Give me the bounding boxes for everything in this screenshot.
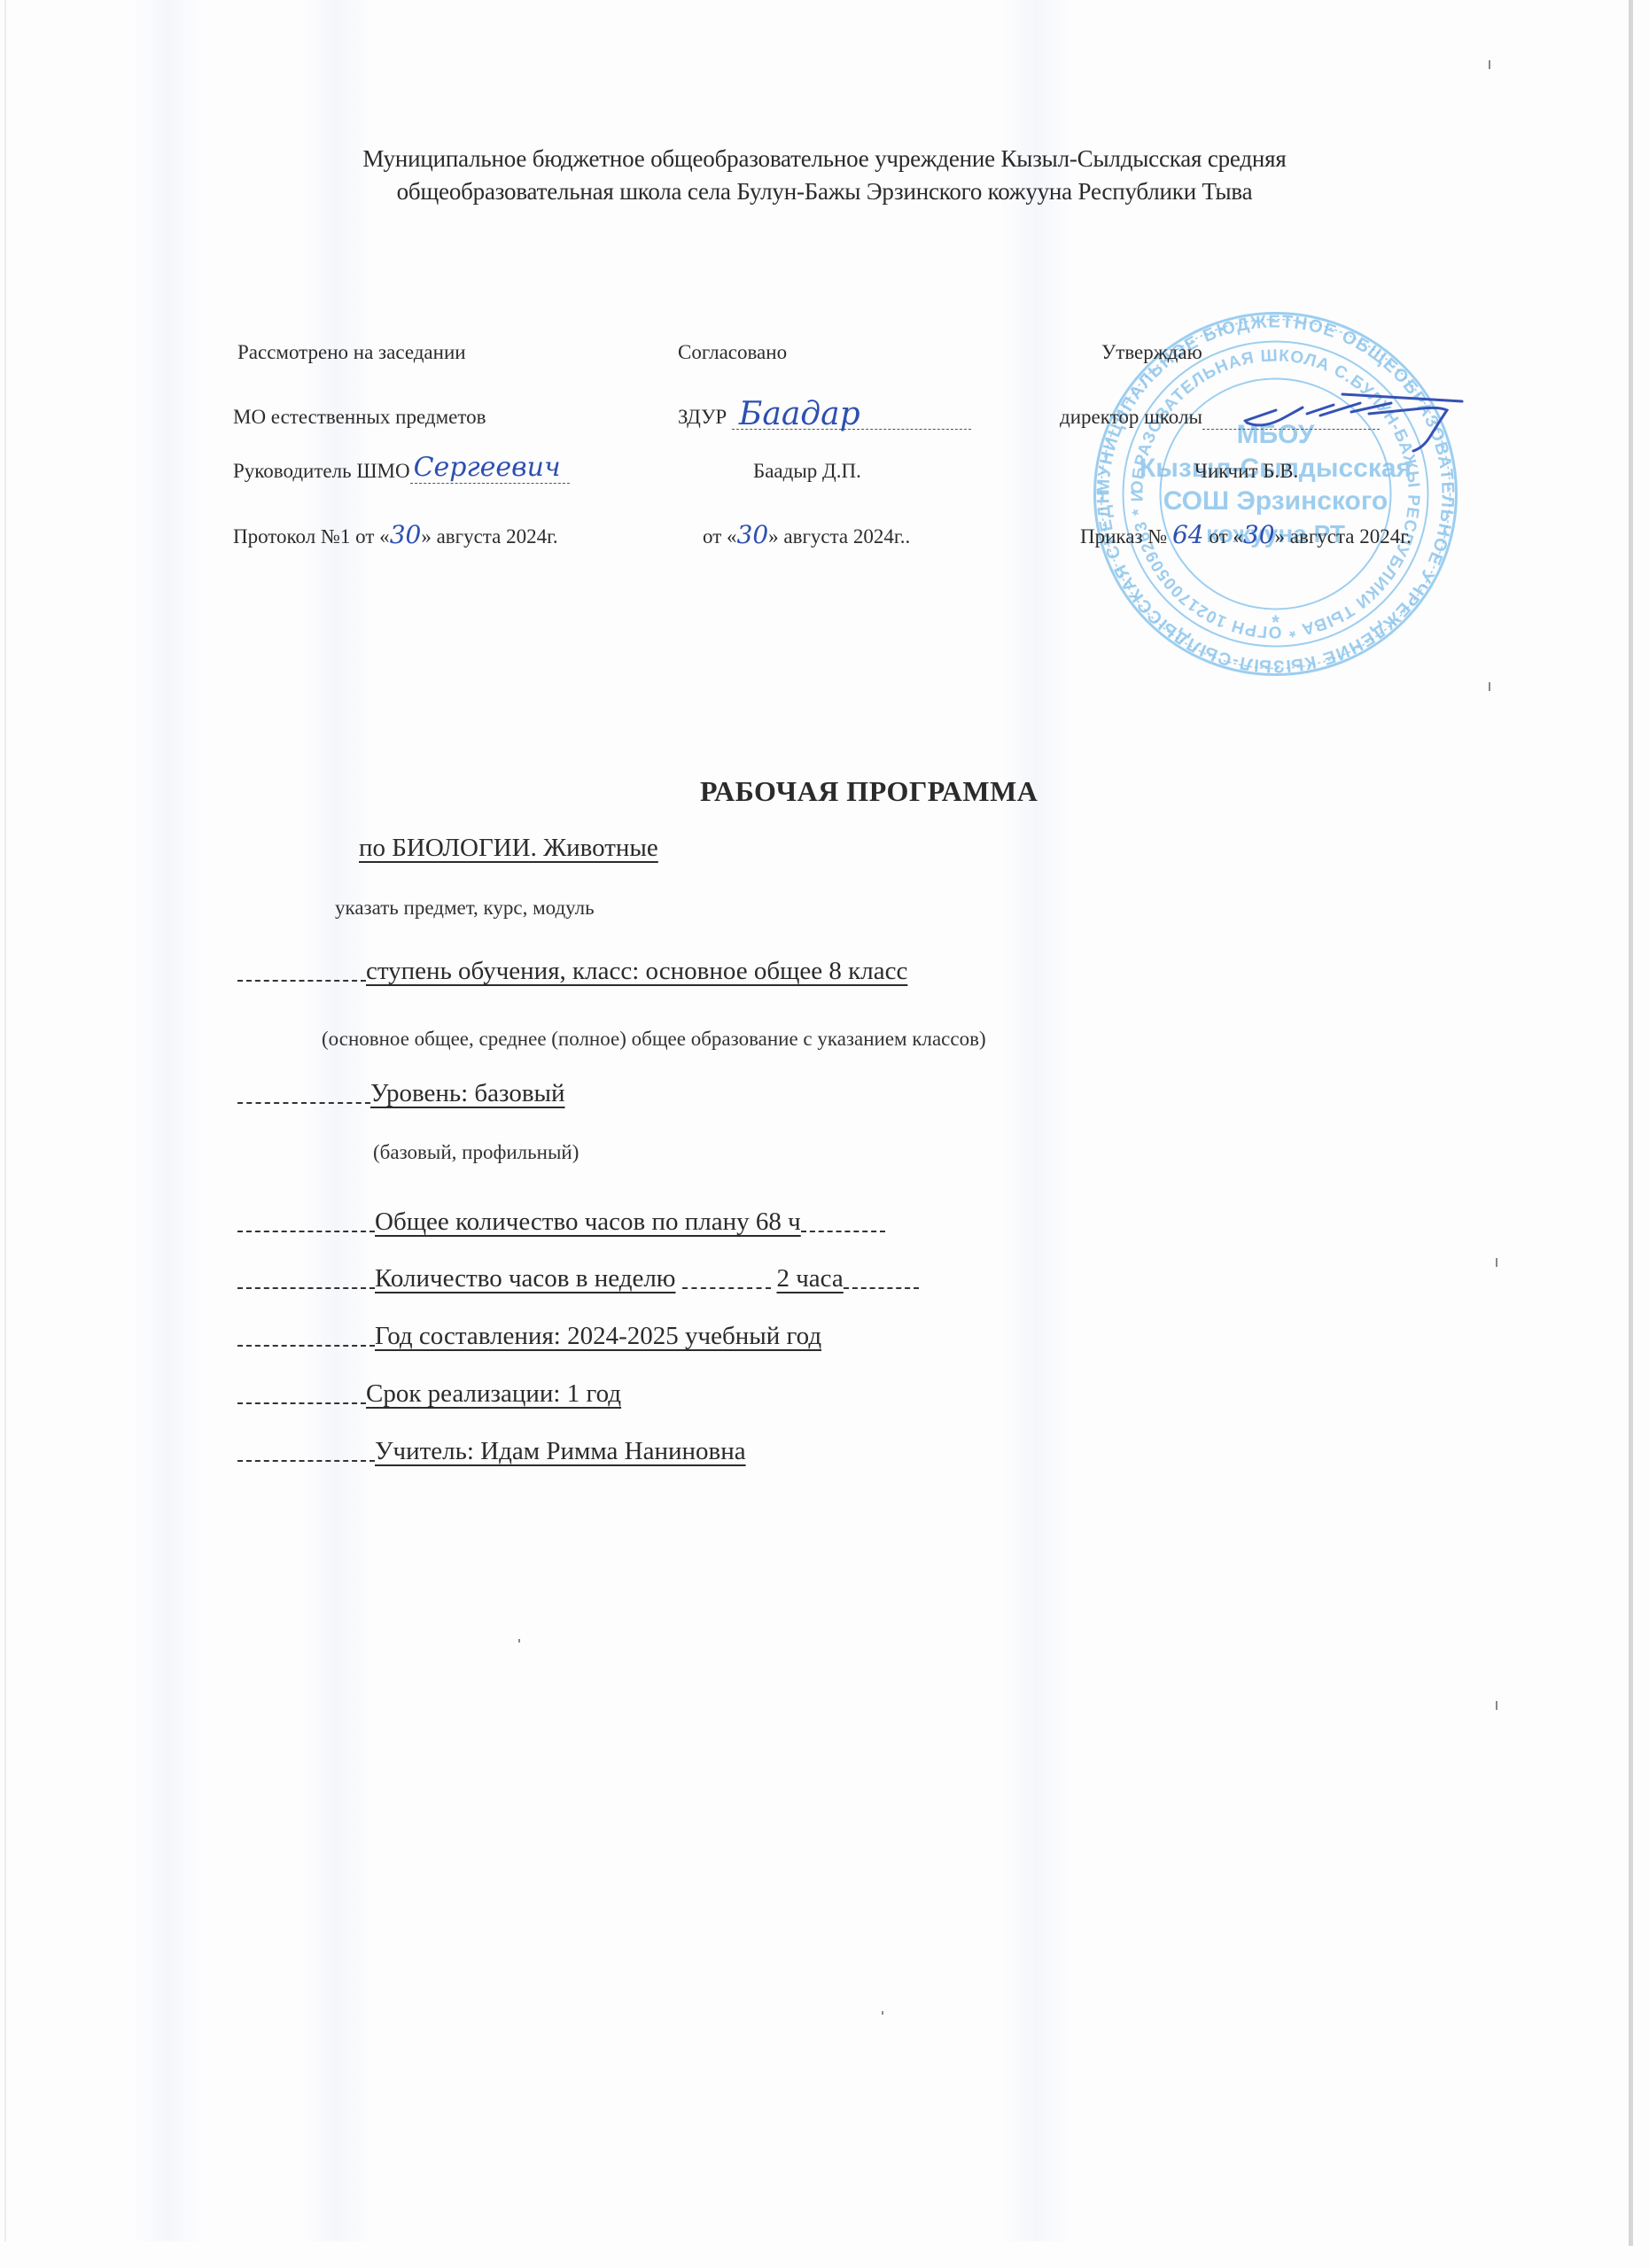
blank-line <box>237 1401 366 1404</box>
agreed-title: Согласовано <box>678 341 787 364</box>
order-suffix: » августа 2024г. <box>1275 525 1412 548</box>
order-mid: от « <box>1204 525 1243 548</box>
weekly-hours-value: 2 часа <box>776 1264 843 1293</box>
year-row: Год составления: 2024-2025 учебный год <box>237 1322 821 1351</box>
blank-line <box>682 1285 771 1289</box>
weekly-hours-row: Количество часов в неделю2 часа <box>237 1264 919 1293</box>
shmo-head-row: Руководитель ШМОСергеевич <box>233 460 570 484</box>
agreed-signature: Баадар <box>739 396 860 432</box>
order-date-day: 30 <box>1243 520 1275 549</box>
scan-speck <box>1496 1258 1497 1267</box>
weekly-hours-label: Количество часов в неделю <box>375 1264 675 1293</box>
blank-line <box>237 978 366 982</box>
scanned-page: Муниципальное бюджетное общеобразователь… <box>0 0 1649 2268</box>
term-value: Срок реализации: 1 год <box>366 1379 621 1408</box>
level-value: Уровень: базовый <box>370 1079 565 1107</box>
total-hours-value: Общее количество часов по плану 68 ч <box>375 1208 801 1236</box>
order-row: Приказ № 64 от «30» августа 2024г. <box>1080 520 1412 549</box>
agreed-date-suffix: » августа 2024г.. <box>768 525 910 548</box>
protocol-suffix: » августа 2024г. <box>421 525 557 548</box>
page-edge-left <box>4 0 6 2241</box>
blank-line <box>237 1285 375 1289</box>
document-title: РАБОЧАЯ ПРОГРАММА <box>700 775 1038 808</box>
total-hours-row: Общее количество часов по плану 68 ч <box>237 1208 885 1237</box>
scan-artifact <box>1001 0 1072 2241</box>
scan-speck <box>1489 60 1490 69</box>
school-name-line-2: общеобразовательная школа села Булун-Баж… <box>0 178 1649 206</box>
teacher-row: Учитель: Идам Римма Наниновна <box>237 1437 746 1466</box>
term-row: Срок реализации: 1 год <box>237 1379 621 1409</box>
svg-text:СОШ Эрзинского: СОШ Эрзинского <box>1163 486 1388 516</box>
scan-speck <box>882 2011 883 2015</box>
scan-artifact <box>133 0 204 2241</box>
page-edge-right <box>1629 0 1633 2246</box>
scan-artifact <box>301 0 372 2241</box>
level-hint: (базовый, профильный) <box>373 1141 579 1164</box>
stage-row: ступень обучения, класс: основное общее … <box>237 957 907 986</box>
shmo-signature: Сергеевич <box>414 452 561 483</box>
protocol-prefix: Протокол №1 от « <box>233 525 390 548</box>
teacher-value: Учитель: Идам Римма Наниновна <box>375 1437 746 1465</box>
blank-line <box>237 1458 375 1462</box>
blank-line <box>237 1343 375 1347</box>
approved-title: Утверждаю <box>1101 341 1202 364</box>
order-number: 64 <box>1172 520 1204 549</box>
order-prefix: Приказ № <box>1080 525 1172 548</box>
scan-speck <box>1489 682 1490 691</box>
director-signature <box>1236 385 1466 456</box>
agreed-date-row: от «30» августа 2024г.. <box>703 520 910 549</box>
scan-speck <box>518 1639 520 1643</box>
subject-hint: указать предмет, курс, модуль <box>335 897 595 920</box>
blank-line <box>237 1229 375 1232</box>
protocol-row: Протокол №1 от «30» августа 2024г. <box>233 520 558 549</box>
director-label: директор школы <box>1060 406 1202 428</box>
year-value: Год составления: 2024-2025 учебный год <box>375 1322 821 1350</box>
stage-hint: (основное общее, среднее (полное) общее … <box>322 1028 986 1051</box>
considered-body: МО естественных предметов <box>233 406 486 429</box>
school-stamp: МУНИЦИПАЛЬНОЕ БЮДЖЕТНОЕ ОБЩЕОБРАЗОВАТЕЛЬ… <box>1092 310 1459 678</box>
protocol-date-day: 30 <box>390 520 422 549</box>
blank-line <box>237 1100 370 1104</box>
considered-title: Рассмотрено на заседании <box>237 341 466 364</box>
agreed-name: Баадыр Д.П. <box>753 460 861 483</box>
agreed-role-label: ЗДУР <box>678 406 727 428</box>
director-name: Чикчит Б.В. <box>1194 460 1298 483</box>
subject-value: по БИОЛОГИИ. Животные <box>359 834 658 863</box>
agreed-date-prefix: от « <box>703 525 737 548</box>
scan-speck <box>1496 1701 1497 1710</box>
agreed-date-day: 30 <box>737 520 769 549</box>
svg-text:*: * <box>1272 611 1280 633</box>
school-name-line-1: Муниципальное бюджетное общеобразователь… <box>0 145 1649 173</box>
agreed-role-row: ЗДУР Баадар <box>678 406 971 430</box>
shmo-signature-line: Сергеевич <box>410 460 570 484</box>
level-row: Уровень: базовый <box>237 1079 565 1108</box>
blank-line <box>801 1229 885 1232</box>
stage-value: ступень обучения, класс: основное общее … <box>366 957 907 985</box>
blank-line <box>844 1285 919 1289</box>
agreed-signature-line: Баадар <box>732 406 971 430</box>
shmo-head-label: Руководитель ШМО <box>233 460 410 482</box>
